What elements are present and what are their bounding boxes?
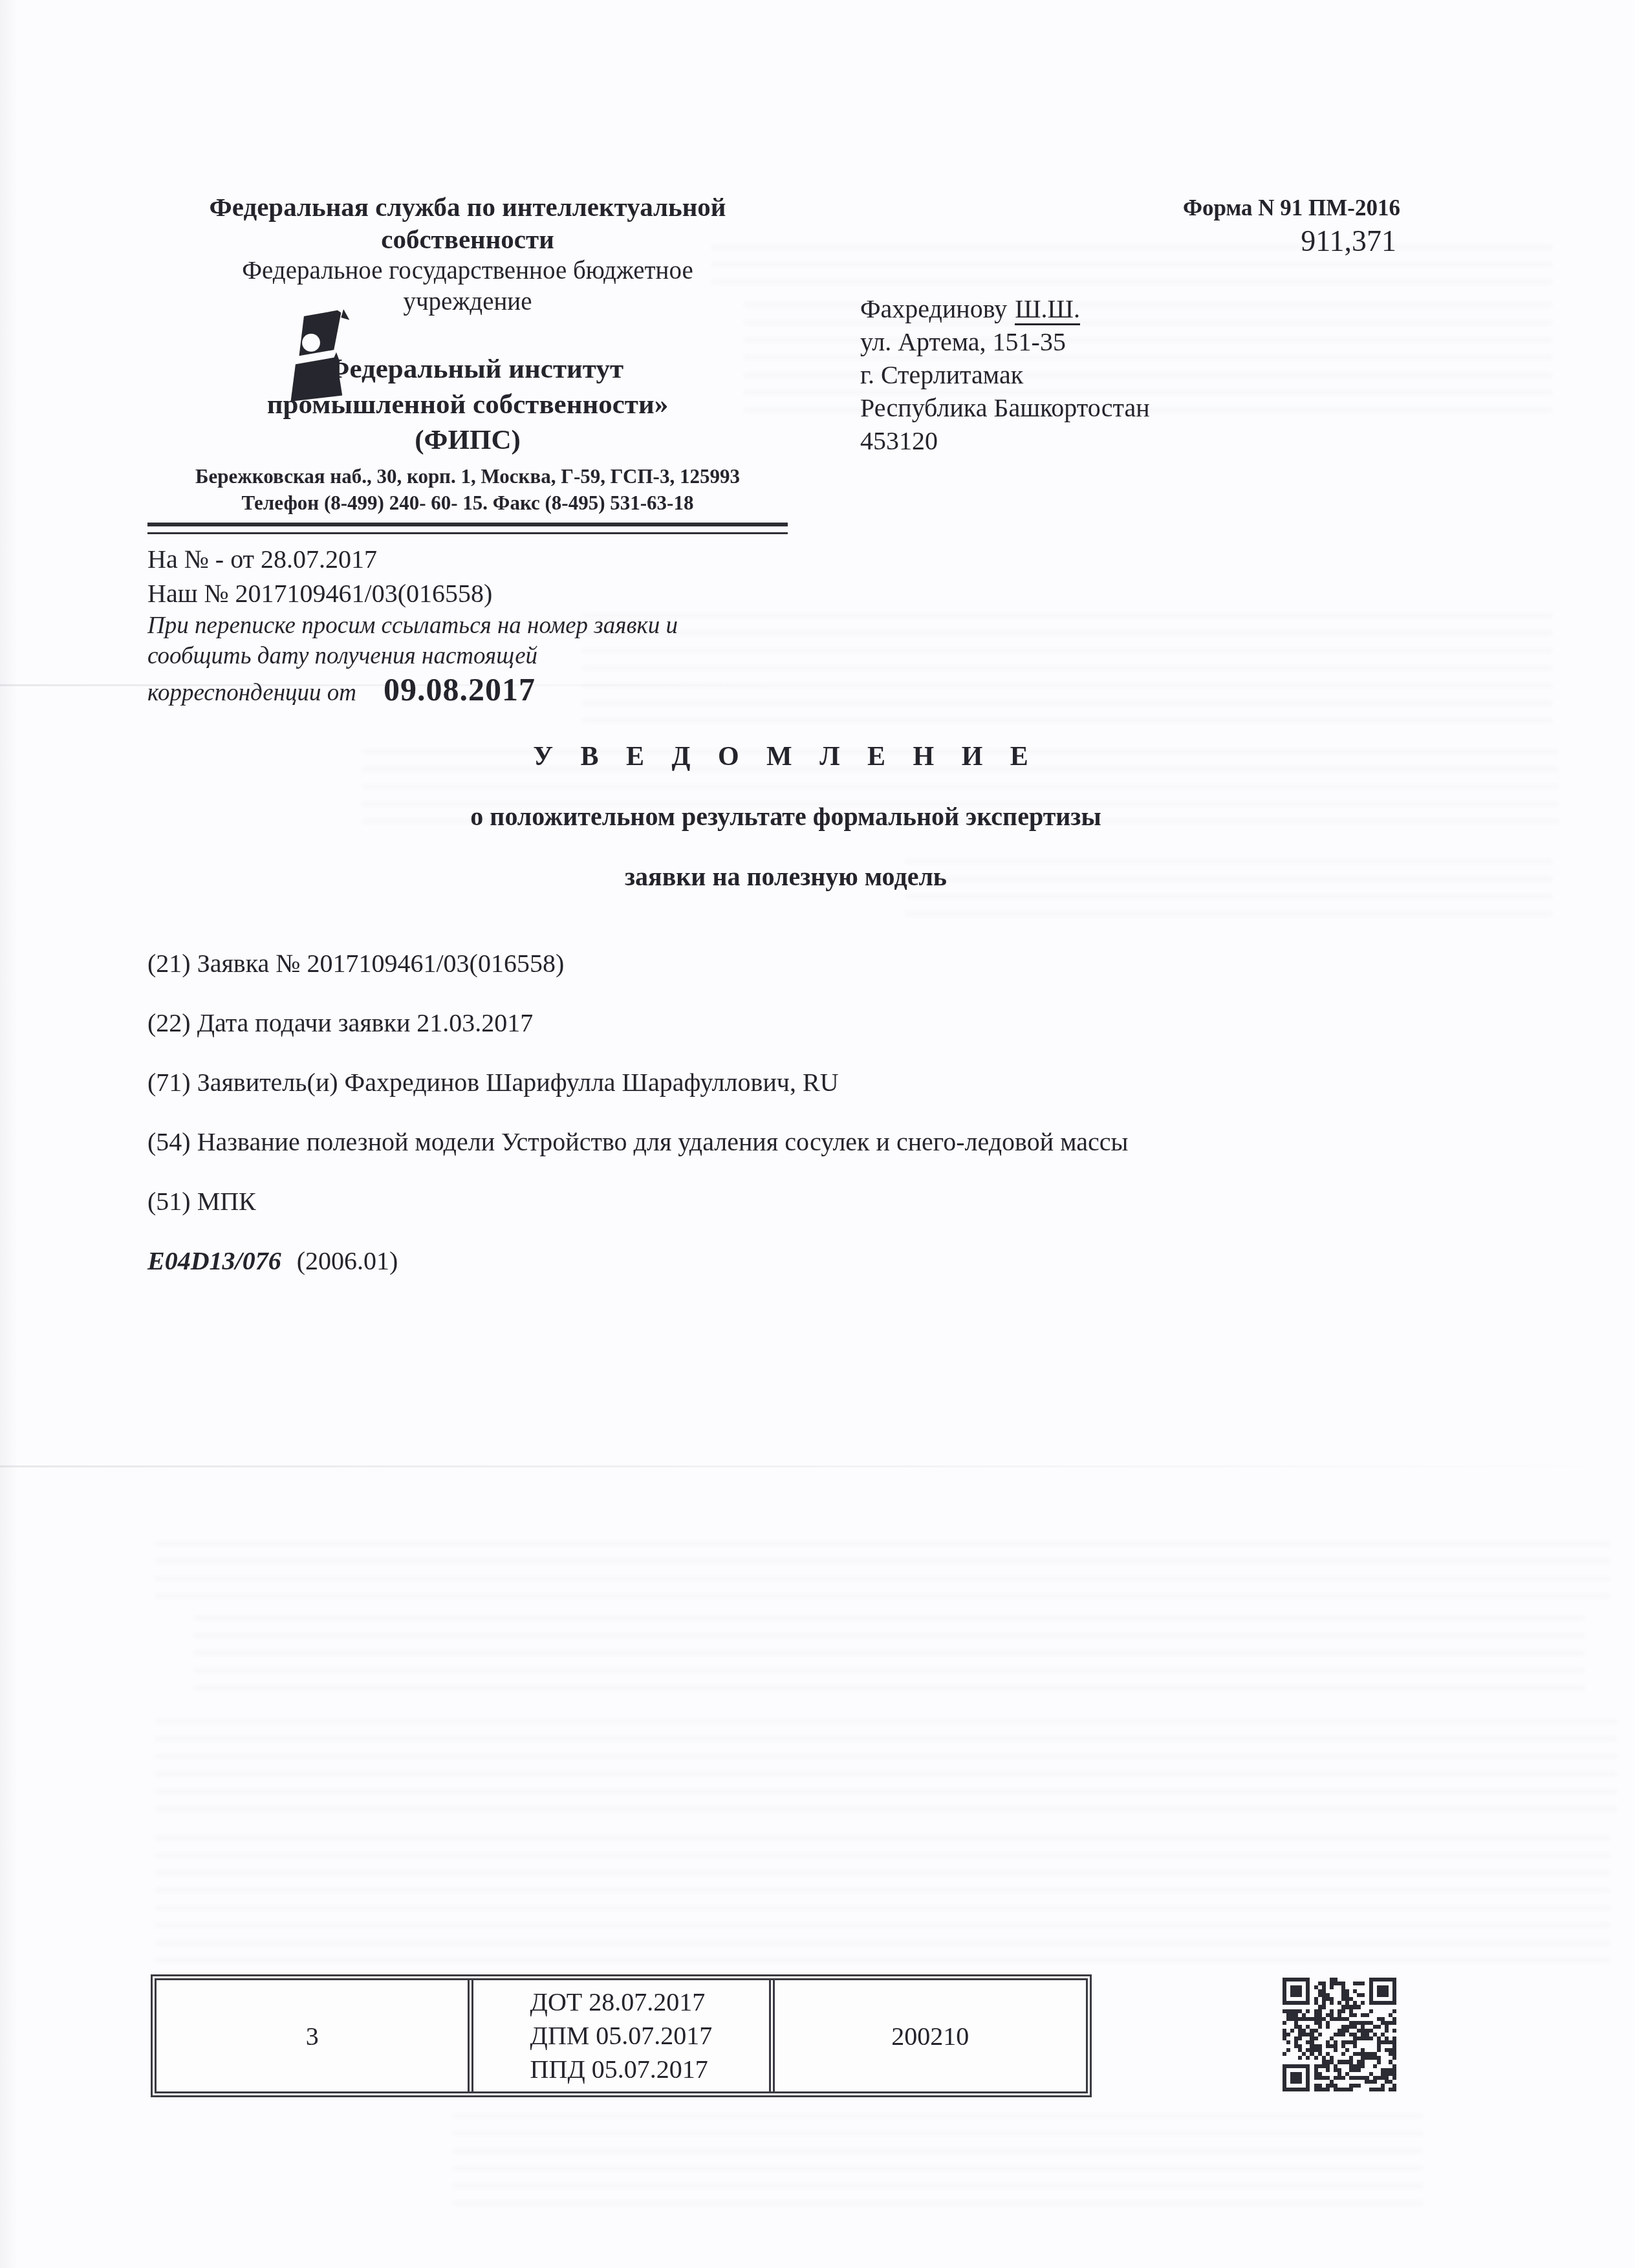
ipc-edition: (2006.01) bbox=[297, 1246, 398, 1275]
form-number-block: Форма N 91 ПМ-2016 911,371 bbox=[815, 194, 1400, 260]
recipient-initials: Ш.Ш. bbox=[1015, 294, 1080, 325]
scanned-letter-page: Федеральная служба по интеллектуальной с… bbox=[0, 0, 1635, 2268]
notification-subtitle: о положительном результате формальной эк… bbox=[149, 801, 1423, 832]
item-21-application-number: (21) Заявка № 2017109461/03(016558) bbox=[147, 949, 1128, 978]
recipient-name: ФахрединовуШ.Ш. bbox=[860, 292, 1150, 325]
recipient-address: ФахрединовуШ.Ш. ул. Артема, 151-35 г. Ст… bbox=[860, 292, 1150, 457]
correspondence-note: корреспонденции от bbox=[147, 678, 356, 708]
footer-dates-cell: ДОТ 28.07.2017 ДПМ 05.07.2017 ППД 05.07.… bbox=[468, 1980, 774, 2091]
recipient-region: Республика Башкортостан bbox=[860, 391, 1150, 424]
bleedthrough-ghost bbox=[155, 1720, 1617, 1824]
footer-page-number: 3 bbox=[157, 1980, 468, 2091]
institute-address: Бережковская наб., 30, корп. 1, Москва, … bbox=[147, 463, 788, 490]
qr-code bbox=[1283, 1978, 1396, 2091]
footer-date-ppd: ППД 05.07.2017 bbox=[530, 2053, 713, 2086]
recipient-city: г. Стерлитамак bbox=[860, 358, 1150, 391]
org-type-line: учреждение bbox=[147, 286, 788, 318]
paper-crease bbox=[0, 1465, 1635, 1467]
notification-heading: У В Е Д О М Л Е Н И Е bbox=[149, 740, 1423, 773]
footer-table: 3 ДОТ 28.07.2017 ДПМ 05.07.2017 ППД 05.0… bbox=[151, 1974, 1092, 2097]
outgoing-ref: Наш № 2017109461/03(016558) bbox=[147, 576, 678, 610]
form-serial: 911,371 bbox=[815, 222, 1400, 260]
bleedthrough-ghost bbox=[194, 1617, 1585, 1694]
bleedthrough-ghost bbox=[582, 614, 1552, 724]
notification-title-block: У В Е Д О М Л Е Н И Е о положительном ре… bbox=[149, 740, 1423, 892]
letterhead-divider bbox=[147, 523, 788, 534]
footer-date-dpm: ДПМ 05.07.2017 bbox=[530, 2019, 713, 2053]
fips-logo-icon bbox=[283, 309, 356, 407]
correspondence-note: сообщить дату получения настоящей bbox=[147, 641, 678, 671]
recipient-street: ул. Артема, 151-35 bbox=[860, 325, 1150, 358]
dispatch-date: 09.08.2017 bbox=[384, 673, 536, 707]
item-54-utility-model-name: (54) Название полезной модели Устройство… bbox=[147, 1128, 1128, 1156]
org-type-line: Федеральное государственное бюджетное bbox=[147, 255, 788, 286]
recipient-postcode: 453120 bbox=[860, 424, 1150, 457]
correspondence-note: При переписке просим ссылаться на номер … bbox=[147, 610, 678, 641]
bleedthrough-ghost bbox=[453, 2115, 1423, 2205]
scan-edge-shadow bbox=[0, 0, 18, 2268]
item-71-applicant: (71) Заявитель(и) Фахрединов Шарифулла Ш… bbox=[147, 1068, 1128, 1097]
notification-subtitle: заявки на полезную модель bbox=[149, 861, 1423, 892]
agency-name-line: Федеральная служба по интеллектуальной bbox=[147, 191, 788, 223]
item-51-ipc-label: (51) МПК bbox=[147, 1187, 1128, 1216]
ipc-classification: E04D13/076 (2006.01) bbox=[147, 1247, 1128, 1275]
bibliographic-items: (21) Заявка № 2017109461/03(016558) (22)… bbox=[147, 949, 1128, 1306]
institute-name-line: промышленной собственности» bbox=[147, 387, 788, 422]
institute-name-line: «Федеральный институт bbox=[147, 351, 788, 387]
bleedthrough-ghost bbox=[155, 1837, 1610, 1966]
institute-phone: Телефон (8-499) 240- 60- 15. Факс (8-495… bbox=[147, 490, 788, 516]
bleedthrough-ghost bbox=[155, 1542, 1610, 1607]
letterhead: Федеральная служба по интеллектуальной с… bbox=[147, 191, 788, 534]
ipc-code: E04D13/076 bbox=[147, 1246, 281, 1275]
agency-name-line: собственности bbox=[147, 223, 788, 255]
incoming-ref: На № - от 28.07.2017 bbox=[147, 542, 678, 576]
footer-code: 200210 bbox=[775, 1980, 1086, 2091]
form-label: Форма N 91 ПМ-2016 bbox=[815, 194, 1400, 222]
institute-abbr: (ФИПС) bbox=[147, 422, 788, 458]
reference-block: На № - от 28.07.2017 Наш № 2017109461/03… bbox=[147, 542, 678, 708]
footer-date-dot: ДОТ 28.07.2017 bbox=[530, 1985, 713, 2019]
item-22-filing-date: (22) Дата подачи заявки 21.03.2017 bbox=[147, 1009, 1128, 1037]
